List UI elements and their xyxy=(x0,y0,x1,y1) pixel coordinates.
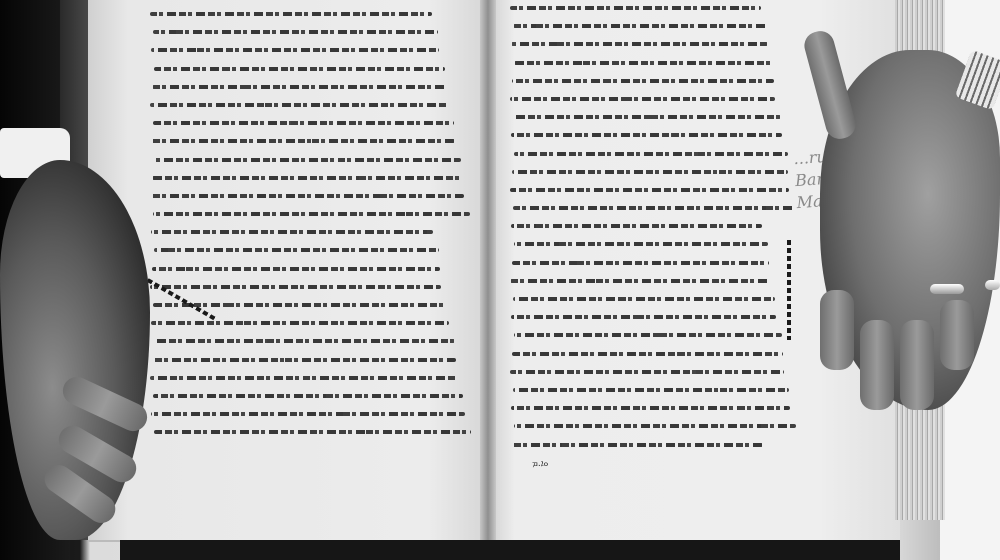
manuscript-line xyxy=(153,121,454,125)
manuscript-line xyxy=(150,194,464,198)
manuscript-line xyxy=(513,24,767,28)
manuscript-line xyxy=(154,339,455,343)
manuscript-line xyxy=(151,139,455,143)
manuscript-line xyxy=(512,79,774,83)
manuscript-line xyxy=(150,103,448,107)
manuscript-line xyxy=(152,176,462,180)
manuscript-line xyxy=(512,261,769,265)
manuscript-line xyxy=(511,133,782,137)
manuscript-line xyxy=(514,152,788,156)
manuscript-line xyxy=(151,230,433,234)
manuscript-line xyxy=(510,6,761,10)
manuscript-line xyxy=(154,67,445,71)
manuscript-line xyxy=(514,61,773,65)
ring xyxy=(985,280,1000,290)
manuscript-line xyxy=(512,352,783,356)
right-finger xyxy=(820,290,854,370)
manuscript-line xyxy=(150,12,432,16)
manuscript-line xyxy=(514,333,782,337)
manuscript-line xyxy=(150,376,457,380)
left-page-text xyxy=(150,12,470,449)
manuscript-line xyxy=(154,430,471,434)
manuscript-line xyxy=(152,85,446,89)
manuscript-line xyxy=(153,30,438,34)
manuscript-line xyxy=(511,224,762,228)
manuscript-line xyxy=(514,242,768,246)
manuscript-line xyxy=(511,406,790,410)
manuscript-line xyxy=(152,267,440,271)
manuscript-line xyxy=(513,115,781,119)
manuscript-line xyxy=(154,158,461,162)
right-margin-vertical-note xyxy=(787,240,791,340)
manuscript-line xyxy=(510,188,789,192)
manuscript-line xyxy=(512,443,763,447)
manuscript-line xyxy=(153,212,470,216)
manuscript-line xyxy=(150,285,441,289)
right-page-text xyxy=(510,6,795,461)
ring xyxy=(930,284,964,294)
manuscript-line xyxy=(510,279,769,283)
right-finger xyxy=(940,300,974,370)
manuscript-line xyxy=(513,297,775,301)
manuscript-line xyxy=(511,315,776,319)
manuscript-line xyxy=(152,358,456,362)
manuscript-line xyxy=(514,424,796,428)
manuscript-line xyxy=(510,370,784,374)
folio-mark: ܘܐ.ܡ xyxy=(532,459,548,469)
manuscript-line xyxy=(151,48,439,52)
manuscript-line xyxy=(513,388,789,392)
right-finger xyxy=(900,320,934,410)
manuscript-line xyxy=(151,412,465,416)
right-finger xyxy=(860,320,894,410)
manuscript-line xyxy=(151,321,449,325)
manuscript-line xyxy=(513,206,795,210)
manuscript-line xyxy=(511,42,768,46)
manuscript-line xyxy=(510,97,775,101)
manuscript-line xyxy=(512,170,788,174)
book-bottom-shadow xyxy=(120,540,900,560)
manuscript-line xyxy=(154,248,439,252)
book-gutter xyxy=(480,0,496,545)
manuscript-line xyxy=(153,394,463,398)
